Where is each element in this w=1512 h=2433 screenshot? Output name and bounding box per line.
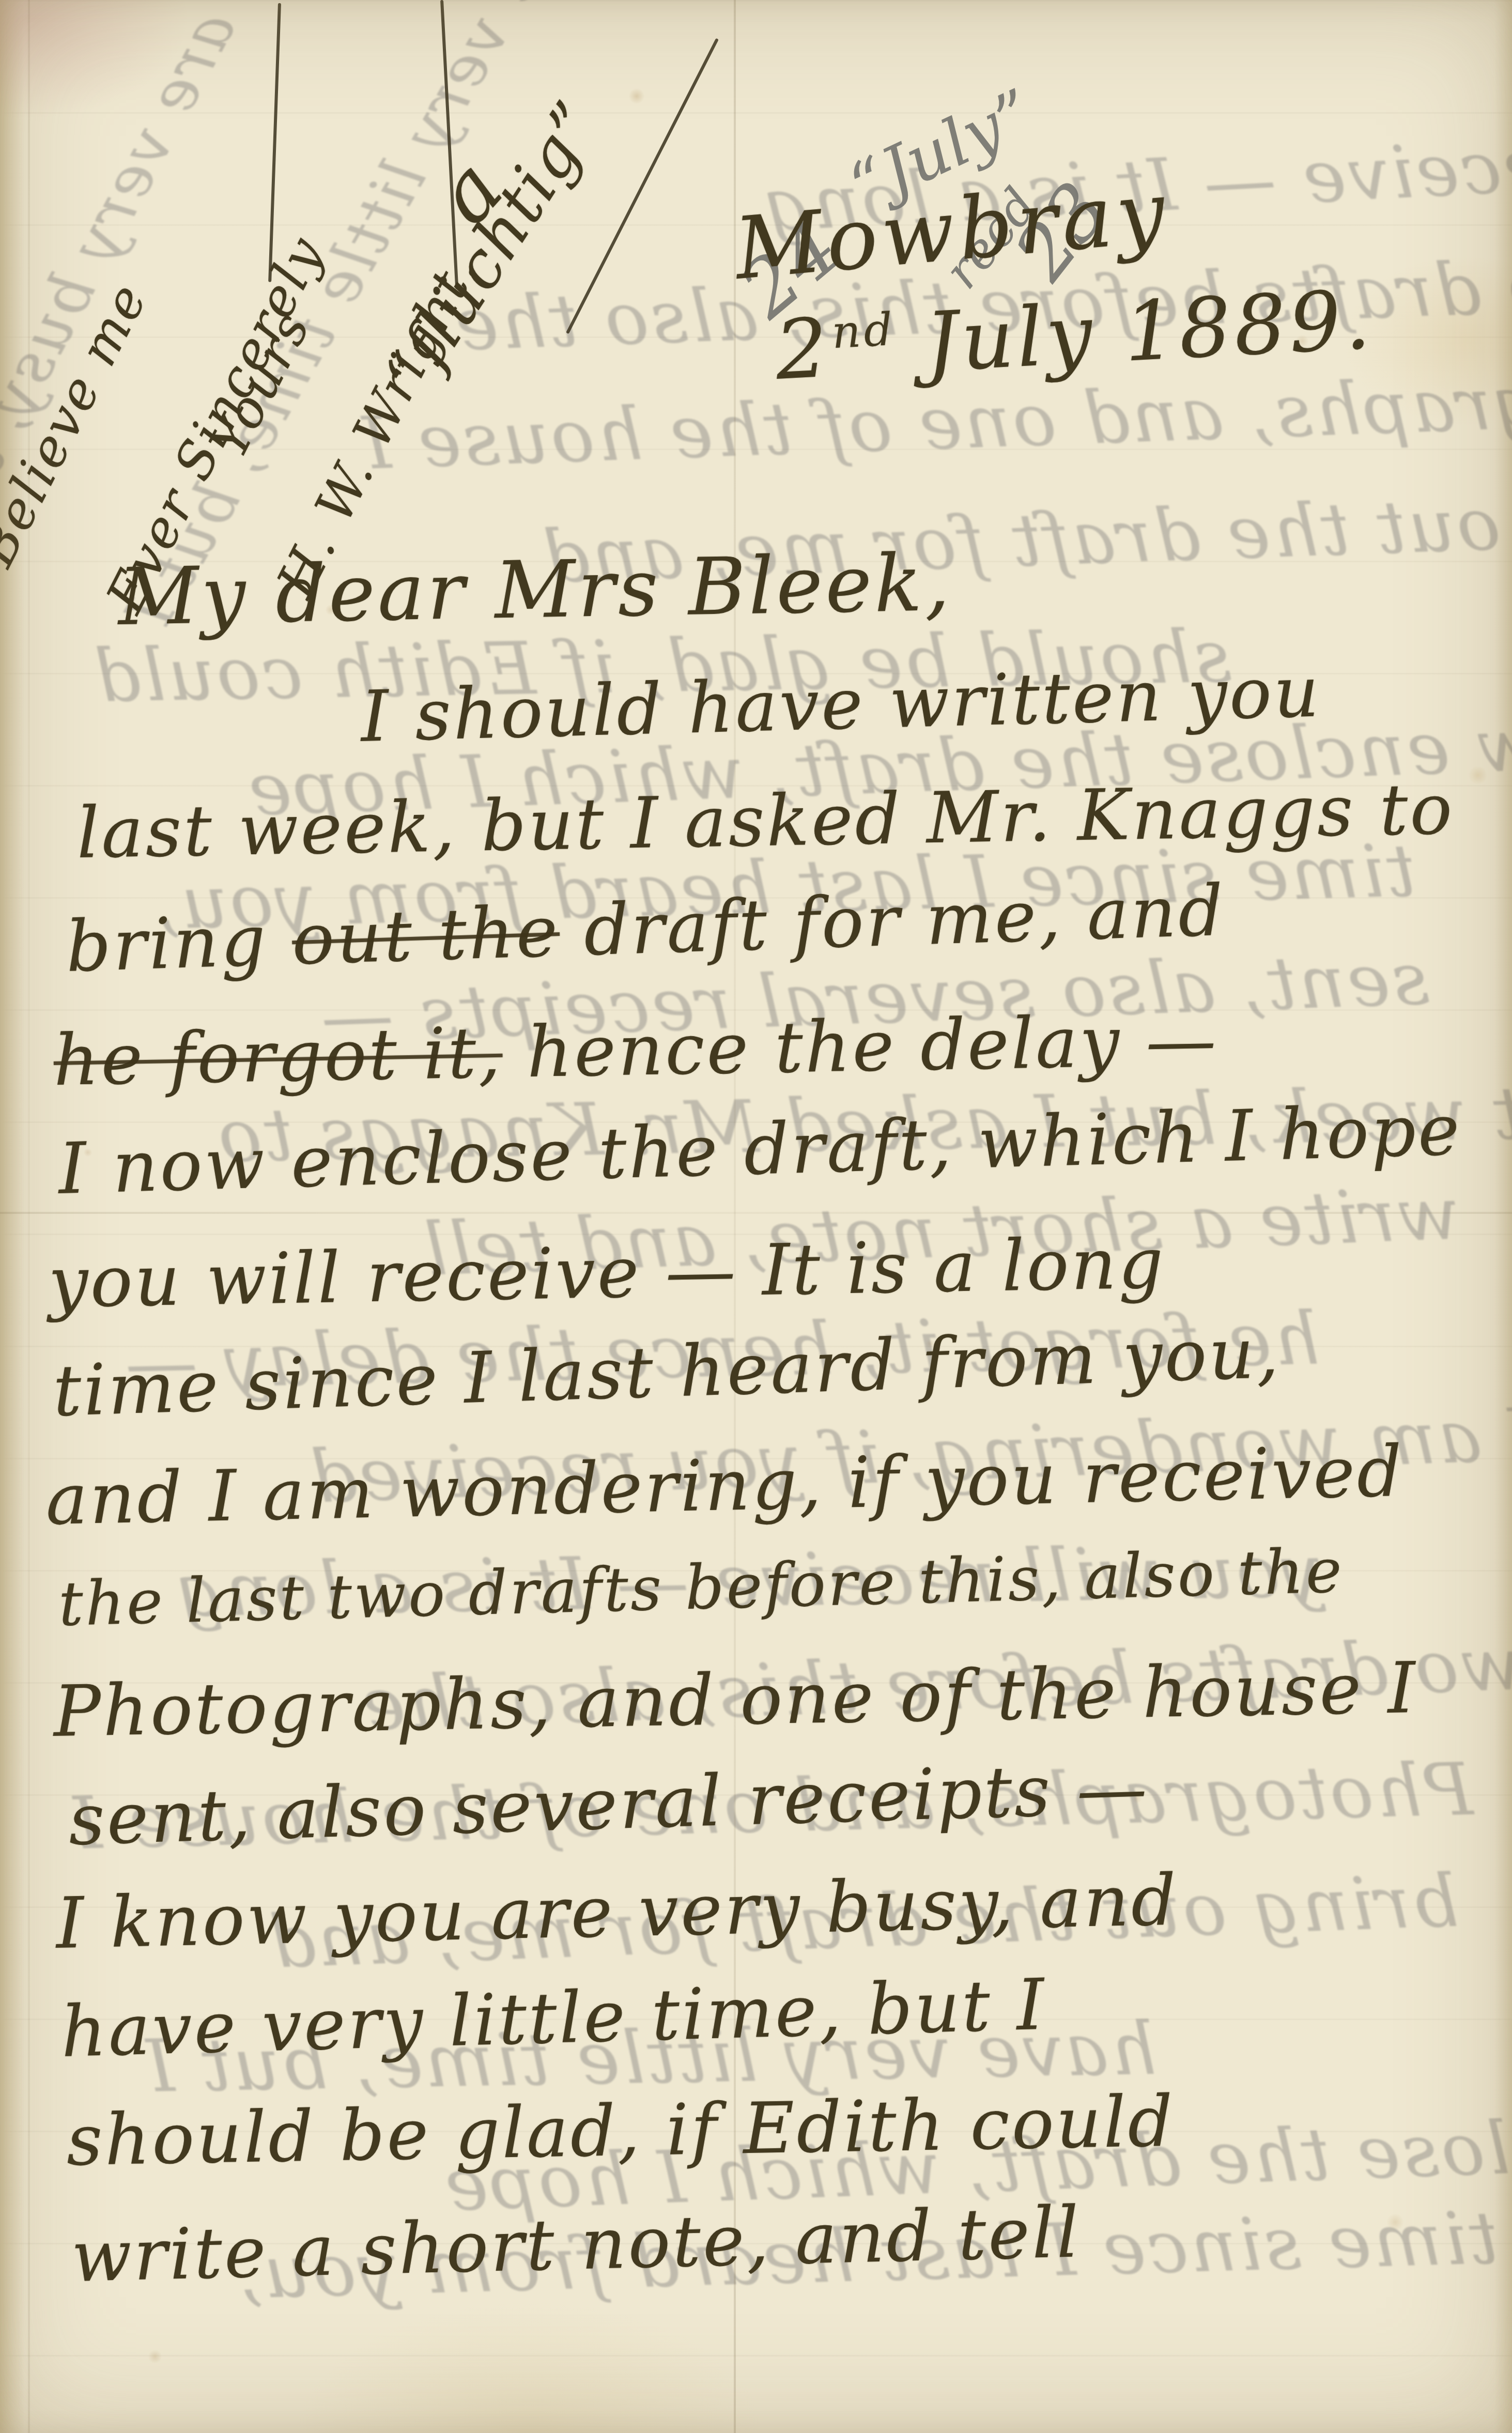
letter-line: should be glad, if Edith could — [66, 2087, 1176, 2176]
letter-line: Photographs, and one of the house I — [53, 1653, 1418, 1747]
letter-line: you will receive — It is a long — [48, 1228, 1166, 1318]
line-segment: hence the delay — — [502, 1000, 1218, 1094]
salutation: My dear Mrs Bleek, — [117, 544, 952, 637]
date-ordinal: nd — [830, 303, 897, 359]
letter-line: and I am wondering, if you received — [45, 1437, 1405, 1535]
date-day: 2 — [773, 301, 833, 398]
letter-scan: I know you are very busy, and have very … — [0, 0, 1512, 2433]
struck-words: out the — [291, 891, 561, 981]
struck-words: he forgot it, — [53, 1012, 503, 1102]
line-segment: bring — [65, 899, 293, 988]
letter-line: he forgot it, hence the delay — — [53, 1006, 1219, 1096]
